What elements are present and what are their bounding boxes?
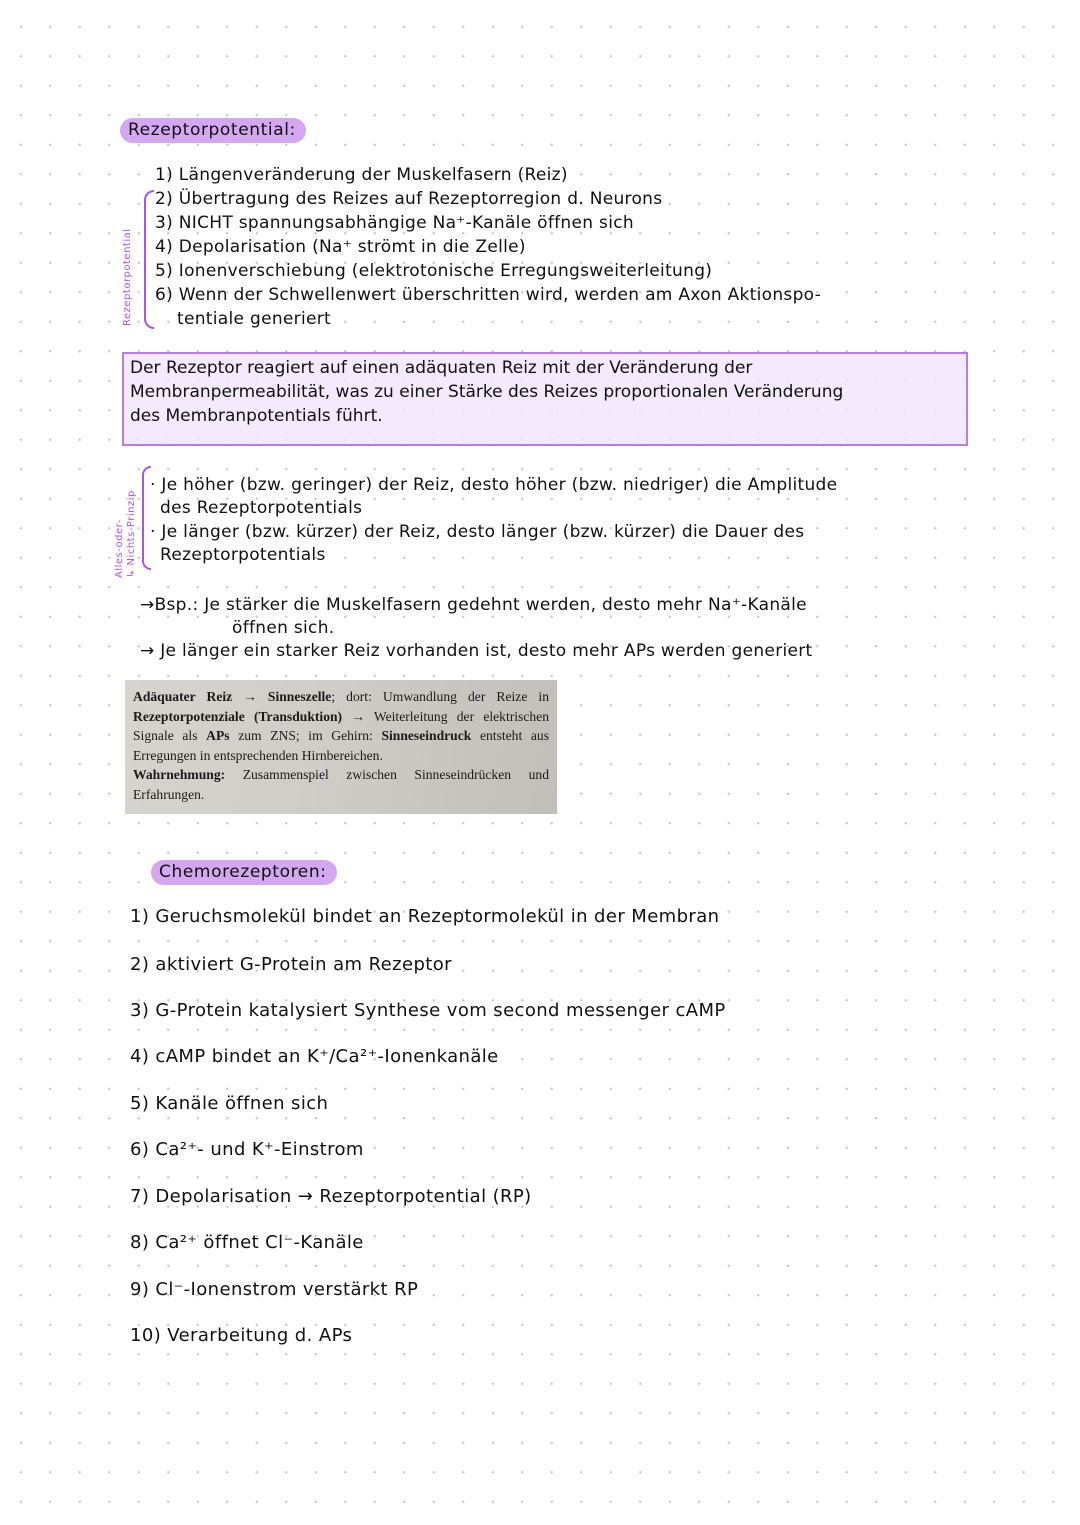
list-item: 2) aktiviert G-Protein am Rezeptor (130, 954, 452, 975)
definition-text: Der Rezeptor reagiert auf einen adäquate… (130, 356, 960, 428)
definition-box: Der Rezeptor reagiert auf einen adäquate… (122, 352, 968, 446)
example-line: → Je länger ein starker Reiz vorhanden i… (140, 641, 813, 661)
list-item: 7) Depolarisation → Rezeptorpotential (R… (130, 1186, 532, 1207)
bullet-item: · Je länger (bzw. kürzer) der Reiz, dest… (150, 522, 804, 542)
side-label-alles-oder-nichts: Alles-oder- (114, 519, 125, 578)
example-line: →Bsp.: Je stärker die Muskelfasern gedeh… (140, 595, 807, 615)
list-item: 6) Wenn der Schwellenwert überschritten … (155, 285, 821, 305)
brace-decoration (144, 190, 154, 329)
list-item: 8) Ca²⁺ öffnet Cl⁻-Kanäle (130, 1232, 364, 1253)
example-line-continuation: öffnen sich. (232, 618, 335, 638)
definition-line: des Membranpotentials führt. (130, 404, 960, 428)
section-heading-chemorezeptoren: Chemorezeptoren: (151, 860, 337, 885)
bullet-item-continuation: des Rezeptorpotentials (160, 498, 362, 518)
side-label-rezeptorpotential: Rezeptorpotential (122, 228, 133, 326)
side-label-prinzip: ↳ Nichts-Prinzip (126, 490, 137, 578)
list-item-continuation: tentiale generiert (177, 309, 331, 329)
bullet-item: · Je höher (bzw. geringer) der Reiz, des… (150, 475, 837, 495)
list-item: 10) Verarbeitung d. APs (130, 1325, 352, 1346)
list-item: 4) cAMP bindet an K⁺/Ca²⁺-Ionenkanäle (130, 1046, 499, 1067)
list-item: 5) Ionenverschiebung (elektrotonische Er… (155, 261, 712, 281)
excerpt-paragraph-2: Wahrnehmung: Zusammenspiel zwischen Sinn… (133, 765, 549, 804)
list-item: 4) Depolarisation (Na⁺ strömt in die Zel… (155, 237, 526, 257)
list-item: 1) Längenveränderung der Muskelfasern (R… (155, 165, 568, 185)
list-item: 1) Geruchsmolekül bindet an Rezeptormole… (130, 906, 719, 927)
section-heading-rezeptorpotential: Rezeptorpotential: (120, 118, 306, 143)
bullet-item-continuation: Rezeptorpotentials (160, 545, 326, 565)
definition-line: Der Rezeptor reagiert auf einen adäquate… (130, 356, 960, 380)
textbook-excerpt: Adäquater Reiz → Sinneszelle; dort: Umwa… (125, 680, 557, 814)
list-item: 6) Ca²⁺- und K⁺-Einstrom (130, 1139, 364, 1160)
list-item: 2) Übertragung des Reizes auf Rezeptorre… (155, 189, 662, 209)
excerpt-paragraph-1: Adäquater Reiz → Sinneszelle; dort: Umwa… (133, 687, 549, 765)
list-item: 3) NICHT spannungsabhängige Na⁺-Kanäle ö… (155, 213, 634, 233)
list-item: 3) G-Protein katalysiert Synthese vom se… (130, 1000, 726, 1021)
list-item: 9) Cl⁻-Ionenstrom verstärkt RP (130, 1279, 418, 1300)
definition-line: Membranpermeabilität, was zu einer Stärk… (130, 380, 960, 404)
list-item: 5) Kanäle öffnen sich (130, 1093, 328, 1114)
